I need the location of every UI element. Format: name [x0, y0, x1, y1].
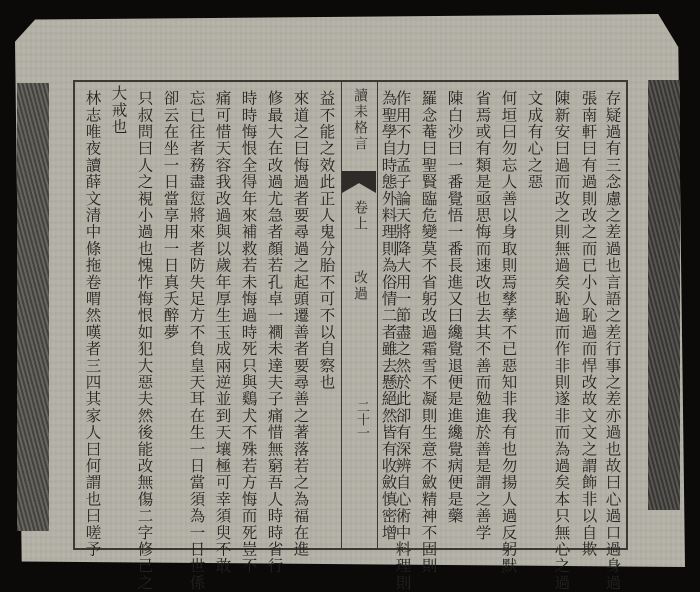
text-column: 存疑過有三念慮之差過也言語之差行事之差亦過也故曰心過口過身過 — [604, 90, 620, 591]
text-column: 忘已往者務盡愆將來者防失足方不負皇天耳在生一日當須為一日世係 — [188, 90, 204, 591]
text-column: 文成有心之惡 — [526, 90, 542, 190]
text-column: 痛可惜天容我改過與以歲年厚生玉成兩逆並到天壤極可幸須臾不敢 — [214, 90, 230, 574]
text-column: 為聖學自時態外料理則為俗情二者雖去懸絕然皆有收斂慎密增 — [380, 90, 396, 541]
volume-label: 卷上 — [350, 200, 370, 232]
text-column: 只叔問曰人之視小過也愧怍悔恨如犯大惡夫然後能改無傷二字修己之 — [136, 90, 152, 591]
text-column: 省焉或有類是亟思悔而速改也去其不善而勉進於善是謂之善学 — [474, 90, 490, 541]
page-number: 二十一 — [352, 400, 371, 439]
text-column: 何垣曰勿忘人善以身取則焉孳孳不已惡知非我有也勿揚人過反躬默 — [500, 90, 516, 574]
text-column: 修最大在改過尤急者顏若孔卓一襉未達夫子痛惜無窮吾人時時省行 — [266, 90, 282, 574]
text-column: 大戒也 — [110, 85, 126, 135]
text-column: 時時悔恨全得年來補救若未悔過時死只與鷄犬不殊若方悔而死豈不 — [240, 90, 256, 574]
book-title: 讀耒格言 — [350, 88, 370, 152]
text-column: 陳白沙曰一番覺悟一番長進又曰纔覺退便是進纔覺病便是藥 — [446, 90, 462, 524]
gutter-line-right — [377, 80, 378, 550]
text-column: 張南軒曰有過則改之而已小人恥過而悍改故文文之謂飾非以自欺 — [580, 90, 596, 558]
left-binding-strip — [17, 83, 49, 531]
text-column: 來道之曰悔過者要尋過之起頭遷善者要尋善之著落若之為福在進 — [292, 90, 308, 558]
text-column: 羅念菴曰聖賢臨危變莫不省躬改過霜雪不凝則生意不斂精神不固則 — [420, 90, 436, 574]
gutter-line-left — [341, 80, 342, 550]
text-column: 陳新安曰過而改之則無過矣恥過而作非則遂非而為過矣本只無心之過 — [553, 90, 569, 591]
right-binding-strip — [648, 80, 680, 510]
text-column: 林志唯夜讀薛文清中條拖卷喟然嘆者三四其家人曰何謂也曰嗟予 — [84, 90, 100, 558]
section-label: 改過 — [350, 270, 370, 302]
text-column: 益不能之效此正人鬼分胎不可不以自察也 — [318, 90, 334, 391]
text-column: 卻云在坐一日當享用一日真夭醉夢 — [162, 90, 178, 341]
